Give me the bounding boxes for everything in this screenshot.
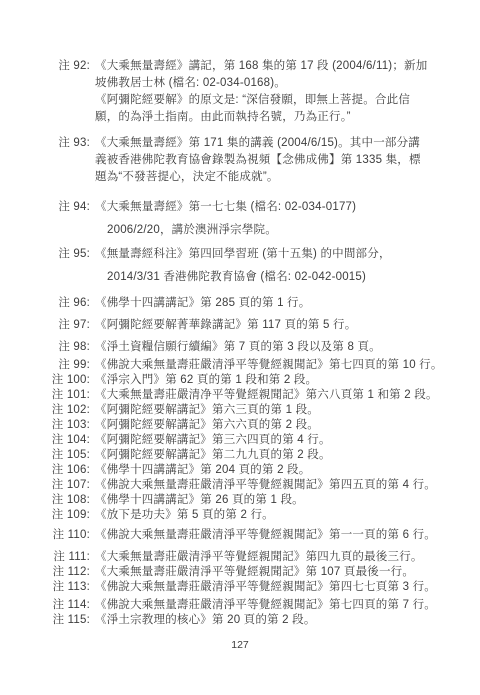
note-label: 注 109: xyxy=(0,508,90,523)
note-item: 注 94: 《大乘無量壽經》第一七七集 (檔名: 02-034-0177)200… xyxy=(0,196,480,242)
note-item: 注 104: 《阿彌陀經要解講記》第三六四頁的第 4 行。 xyxy=(0,433,480,448)
note-item: 注 101: 《大乘無量壽莊嚴清净平等覺經親聞記》第六八頁第 1 和第 2 段。 xyxy=(0,388,480,403)
note-line: 《無量壽經科注》第四回學習班 (第十五集) 的中間部分， xyxy=(95,243,466,266)
note-label: 注 94: xyxy=(0,196,90,219)
note-line: 《佛說大乘無量壽莊嚴清淨平等覺經親聞記》第四五頁的第 4 行。 xyxy=(95,478,466,493)
note-label: 注 106: xyxy=(0,463,90,478)
note-item: 注 95: 《無量壽經科注》第四回學習班 (第十五集) 的中間部分，2014/3… xyxy=(0,243,480,289)
note-item: 注 97: 《阿彌陀經要解菁華錄講記》第 117 頁的第 5 行。 xyxy=(0,314,480,336)
note-label: 注 103: xyxy=(0,418,90,433)
note-item: 注 100: 《淨宗入門》第 62 頁的第 1 段和第 2 段。 xyxy=(0,373,480,388)
note-line: 《佛學十四講講記》第 285 頁的第 1 行。 xyxy=(95,292,466,314)
note-item: 注 115: 《淨土宗教理的核心》第 20 頁的第 2 段。 xyxy=(0,613,480,628)
note-line: 《大乘無量壽經》講記，第 168 集的第 17 段 (2004/6/11)；新加 xyxy=(95,58,466,75)
note-line: 《阿彌陀經要解講記》第六六頁的第 2 段。 xyxy=(95,418,466,433)
note-line: 《佛學十四講講記》第 204 頁的第 2 段。 xyxy=(95,463,466,478)
note-label: 注 114: xyxy=(0,598,90,613)
note-label: 注 95: xyxy=(0,243,90,266)
note-line: 《佛說大乘無量壽莊嚴清淨平等覺經親聞記》第一一頁的第 6 行。 xyxy=(95,528,466,543)
note-line: 2014/3/31 香港佛陀教育協會 (檔名: 02-042-0015) xyxy=(95,266,466,289)
note-line: 《大乘無量壽莊嚴清淨平等覺經親聞記》第 107 頁最後一行。 xyxy=(95,565,466,580)
note-line: 《阿彌陀經要解講記》第六三頁的第 1 段。 xyxy=(95,403,466,418)
note-item: 注 107: 《佛說大乘無量壽莊嚴清淨平等覺經親聞記》第四五頁的第 4 行。 xyxy=(0,478,480,493)
note-label: 注 110: xyxy=(0,528,90,543)
note-label: 注 101: xyxy=(0,388,90,403)
page-number: 127 xyxy=(0,639,480,651)
note-line: 《佛說大乘無量壽莊嚴清淨平等覺經親聞記》第七四頁的第 7 行。 xyxy=(95,598,466,613)
note-line: 《阿彌陀經要解》的原文是: “深信發願，即無上菩提。合此信 xyxy=(95,92,466,109)
note-label: 注 99: xyxy=(0,358,90,373)
note-line: 《放下是功夫》第 5 頁的第 2 行。 xyxy=(95,508,466,523)
note-item: 注 110: 《佛說大乘無量壽莊嚴清淨平等覺經親聞記》第一一頁的第 6 行。 xyxy=(0,528,480,543)
note-label: 注 92: xyxy=(0,58,90,75)
note-label: 注 108: xyxy=(0,493,90,508)
note-label: 注 105: xyxy=(0,448,90,463)
note-line: 《淨土宗教理的核心》第 20 頁的第 2 段。 xyxy=(95,613,466,628)
note-line: 《阿彌陀經要解菁華錄講記》第 117 頁的第 5 行。 xyxy=(95,314,466,336)
note-item: 注 103: 《阿彌陀經要解講記》第六六頁的第 2 段。 xyxy=(0,418,480,433)
footnotes-list: 注 92: 《大乘無量壽經》講記，第 168 集的第 17 段 (2004/6/… xyxy=(0,58,480,628)
note-item: 注 108: 《佛學十四講講記》第 26 頁的第 1 段。 xyxy=(0,493,480,508)
note-item: 注 105: 《阿彌陀經要解講記》第二九九頁的第 2 段。 xyxy=(0,448,480,463)
note-label: 注 93: xyxy=(0,135,90,152)
note-item: 注 92: 《大乘無量壽經》講記，第 168 集的第 17 段 (2004/6/… xyxy=(0,58,480,126)
note-label: 注 104: xyxy=(0,433,90,448)
note-label: 注 112: xyxy=(0,565,90,580)
note-line: 《淨土資糧信願行續編》第 7 頁的第 3 段以及第 8 頁。 xyxy=(95,336,466,358)
note-line: 《佛說大乘無量壽莊嚴清淨平等覺經親聞記》第四七七頁第 3 行。 xyxy=(95,580,466,595)
note-line: 《大乘無量壽經》第一七七集 (檔名: 02-034-0177) xyxy=(95,196,466,219)
note-item: 注 109: 《放下是功夫》第 5 頁的第 2 行。 xyxy=(0,508,480,523)
note-label: 注 102: xyxy=(0,403,90,418)
note-line: 《大乘無量壽莊嚴清净平等覺經親聞記》第六八頁第 1 和第 2 段。 xyxy=(95,388,466,403)
note-line: 願，的為淨土指南。由此而執持名號，乃為正行。” xyxy=(95,109,466,126)
note-label: 注 111: xyxy=(0,550,90,565)
note-label: 注 113: xyxy=(0,580,90,595)
note-item: 注 114: 《佛說大乘無量壽莊嚴清淨平等覺經親聞記》第七四頁的第 7 行。 xyxy=(0,598,480,613)
note-line: 《阿彌陀經要解講記》第二九九頁的第 2 段。 xyxy=(95,448,466,463)
note-label: 注 98: xyxy=(0,336,90,358)
note-item: 注 93: 《大乘無量壽經》第 171 集的講義 (2004/6/15)。其中一… xyxy=(0,135,480,186)
note-line: 《大乘無量壽莊嚴清淨平等覺經親聞記》第四九頁的最後三行。 xyxy=(95,550,466,565)
note-line: 2006/2/20，講於澳洲淨宗學院。 xyxy=(95,219,466,242)
note-label: 注 96: xyxy=(0,292,90,314)
note-label: 注 107: xyxy=(0,478,90,493)
note-line: 《淨宗入門》第 62 頁的第 1 段和第 2 段。 xyxy=(95,373,466,388)
note-label: 注 97: xyxy=(0,314,90,336)
note-item: 注 102: 《阿彌陀經要解講記》第六三頁的第 1 段。 xyxy=(0,403,480,418)
note-line: 坡佛教居士林 (檔名: 02-034-0168)。 xyxy=(95,75,466,92)
note-item: 注 113: 《佛說大乘無量壽莊嚴清淨平等覺經親聞記》第四七七頁第 3 行。 xyxy=(0,580,480,595)
note-item: 注 112: 《大乘無量壽莊嚴清淨平等覺經親聞記》第 107 頁最後一行。 xyxy=(0,565,480,580)
note-line: 《阿彌陀經要解講記》第三六四頁的第 4 行。 xyxy=(95,433,466,448)
note-item: 注 99: 《佛說大乘無量壽莊嚴清淨平等覺經親聞記》第七四頁的第 10 行。 xyxy=(0,358,480,373)
note-item: 注 96: 《佛學十四講講記》第 285 頁的第 1 行。 xyxy=(0,292,480,314)
note-line: 《佛學十四講講記》第 26 頁的第 1 段。 xyxy=(95,493,466,508)
note-line: 義被香港佛陀教育協會錄製為視頻【念佛成佛】第 1335 集，標 xyxy=(95,152,466,169)
note-item: 注 106: 《佛學十四講講記》第 204 頁的第 2 段。 xyxy=(0,463,480,478)
note-label: 注 115: xyxy=(0,613,90,628)
document-page: 注 92: 《大乘無量壽經》講記，第 168 集的第 17 段 (2004/6/… xyxy=(0,0,480,695)
note-line: 《大乘無量壽經》第 171 集的講義 (2004/6/15)。其中一部分講 xyxy=(95,135,466,152)
note-label: 注 100: xyxy=(0,373,90,388)
note-item: 注 111: 《大乘無量壽莊嚴清淨平等覺經親聞記》第四九頁的最後三行。 xyxy=(0,550,480,565)
note-line: 《佛說大乘無量壽莊嚴清淨平等覺經親聞記》第七四頁的第 10 行。 xyxy=(95,358,466,373)
note-item: 注 98: 《淨土資糧信願行續編》第 7 頁的第 3 段以及第 8 頁。 xyxy=(0,336,480,358)
note-line: 題為“不發菩提心，決定不能成就”。 xyxy=(95,169,466,186)
